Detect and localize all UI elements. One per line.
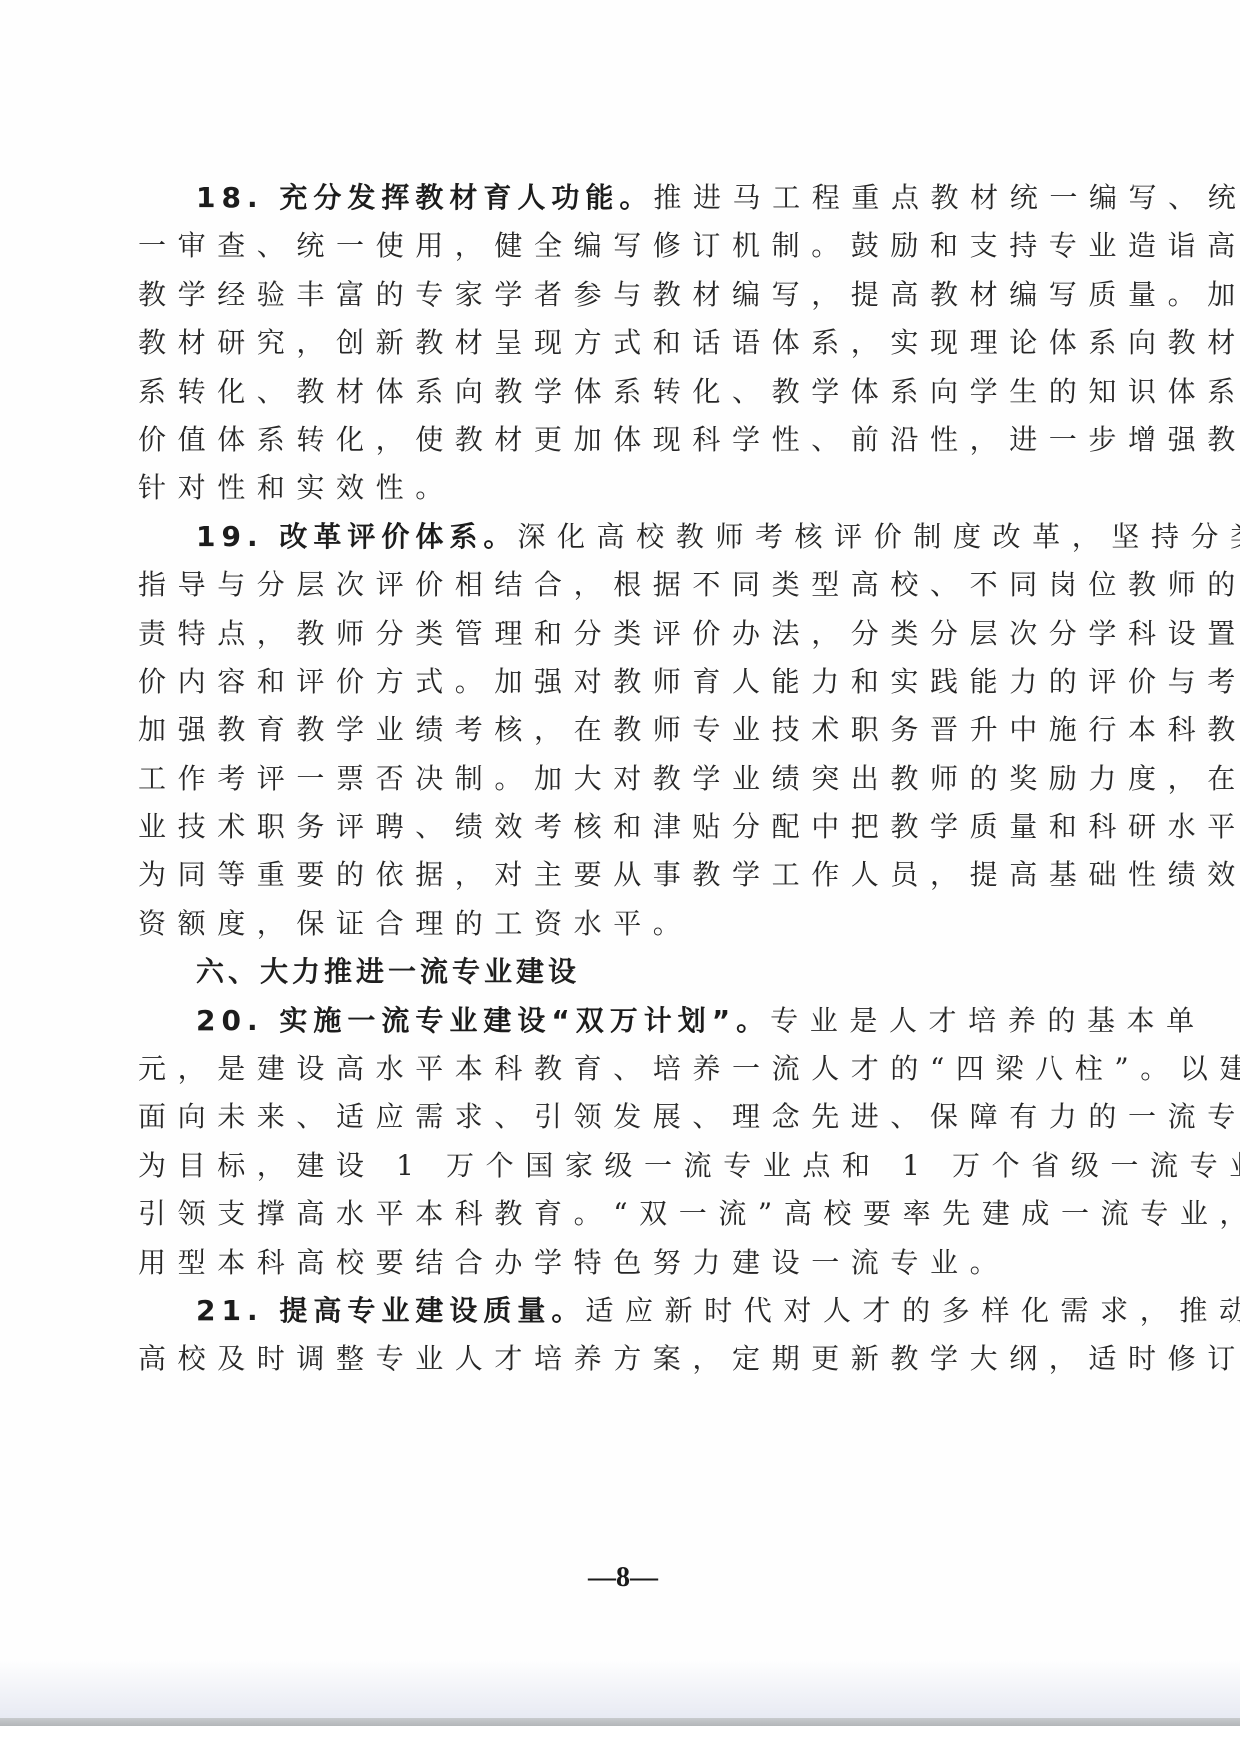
paragraph-item-19-line-1: 19. 改革评价体系。深化高校教师考核评价制度改革，坚持分类 xyxy=(138,513,968,561)
body-text: 18. 充分发挥教材育人功能。推进马工程重点教材统一编写、统 一审查、统一使用，… xyxy=(138,174,968,1384)
scan-margin xyxy=(0,1726,1240,1752)
paragraph-line: 高校及时调整专业人才培养方案，定期更新教学大纲，适时修订专 xyxy=(138,1335,968,1383)
item-19-title: 19. 改革评价体系。 xyxy=(196,520,517,553)
paragraph-line: 教学经验丰富的专家学者参与教材编写，提高教材编写质量。加强 xyxy=(138,271,968,319)
item-19-text: 深化高校教师考核评价制度改革，坚持分类 xyxy=(517,520,1240,553)
section-6-title: 六、大力推进一流专业建设 xyxy=(196,955,580,988)
scan-edge-shadow xyxy=(0,1718,1240,1726)
paragraph-line: 面向未来、适应需求、引领发展、理念先进、保障有力的一流专业 xyxy=(138,1093,968,1141)
paragraph-line: 价内容和评价方式。加强对教师育人能力和实践能力的评价与考核。 xyxy=(138,658,968,706)
paragraph-line: 加强教育教学业绩考核，在教师专业技术职务晋升中施行本科教学 xyxy=(138,706,968,754)
paragraph-line: 价值体系转化，使教材更加体现科学性、前沿性，进一步增强教材 xyxy=(138,416,968,464)
paragraph-line: 引领支撑高水平本科教育。“双一流”高校要率先建成一流专业，应 xyxy=(138,1190,968,1238)
item-18-title: 18. 充分发挥教材育人功能。 xyxy=(196,181,653,214)
paragraph-line: 为目标，建设 1 万个国家级一流专业点和 1 万个省级一流专业点， xyxy=(138,1142,968,1190)
paragraph-line: 用型本科高校要结合办学特色努力建设一流专业。 xyxy=(138,1239,968,1287)
paragraph-line: 元，是建设高水平本科教育、培养一流人才的“四梁八柱”。以建设 xyxy=(138,1045,968,1093)
paragraph-line: 责特点，教师分类管理和分类评价办法，分类分层次分学科设置评 xyxy=(138,610,968,658)
paragraph-line: 一审查、统一使用，健全编写修订机制。鼓励和支持专业造诣高、 xyxy=(138,222,968,270)
paragraph-line: 业技术职务评聘、绩效考核和津贴分配中把教学质量和科研水平作 xyxy=(138,803,968,851)
paragraph-line: 指导与分层次评价相结合，根据不同类型高校、不同岗位教师的职 xyxy=(138,561,968,609)
scan-edge-tint xyxy=(0,1660,1240,1718)
paragraph-item-18-line-1: 18. 充分发挥教材育人功能。推进马工程重点教材统一编写、统 xyxy=(138,174,968,222)
item-21-title: 21. 提高专业建设质量。 xyxy=(196,1294,585,1327)
paragraph-line: 资额度，保证合理的工资水平。 xyxy=(138,900,968,948)
item-21-text: 适应新时代对人才的多样化需求，推动 xyxy=(585,1294,1240,1327)
section-heading-6: 六、大力推进一流专业建设 xyxy=(138,948,968,996)
paragraph-line: 教材研究，创新教材呈现方式和话语体系，实现理论体系向教材体 xyxy=(138,319,968,367)
paragraph-item-20-line-1: 20. 实施一流专业建设“双万计划”。专业是人才培养的基本单 xyxy=(138,997,968,1045)
page-number: —8— xyxy=(0,1562,1240,1594)
paragraph-line: 针对性和实效性。 xyxy=(138,464,968,512)
item-20-text: 专业是人才培养的基本单 xyxy=(770,1004,1206,1037)
paragraph-line: 为同等重要的依据，对主要从事教学工作人员，提高基础性绩效工 xyxy=(138,851,968,899)
paragraph-item-21-line-1: 21. 提高专业建设质量。适应新时代对人才的多样化需求，推动 xyxy=(138,1287,968,1335)
paragraph-line: 工作考评一票否决制。加大对教学业绩突出教师的奖励力度，在专 xyxy=(138,755,968,803)
item-18-text: 推进马工程重点教材统一编写、统 xyxy=(653,181,1240,214)
item-20-title: 20. 实施一流专业建设“双万计划”。 xyxy=(196,1004,770,1037)
paragraph-line: 系转化、教材体系向教学体系转化、教学体系向学生的知识体系和 xyxy=(138,368,968,416)
document-page: 18. 充分发挥教材育人功能。推进马工程重点教材统一编写、统 一审查、统一使用，… xyxy=(0,0,1240,1718)
